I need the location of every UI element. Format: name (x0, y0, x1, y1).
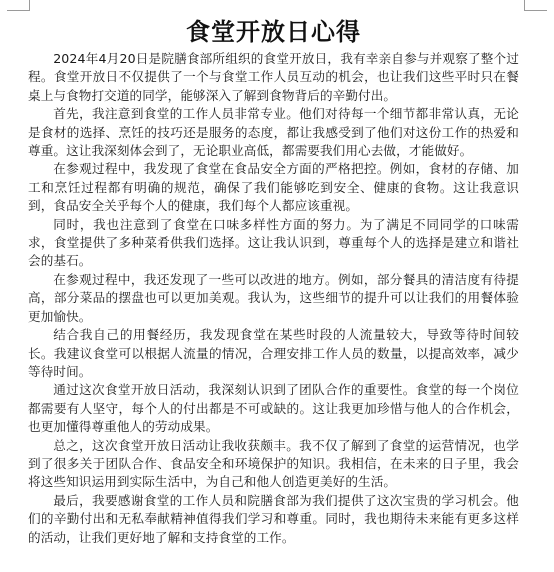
paragraph-improvements: 在参观过程中，我还发现了一些可以改进的地方。例如，部分餐具的清洁度有待提高，部分… (28, 271, 519, 326)
paragraph-intro: 2024年4月20日是院膳食部所组织的食堂开放日，我有幸亲自参与并观察了整个过程… (28, 50, 519, 105)
page-corner-mark-top-right (524, 0, 547, 11)
page-corner-mark-top-left (7, 0, 30, 11)
document-page: 食堂开放日心得 2024年4月20日是院膳食部所组织的食堂开放日，我有幸亲自参与… (28, 14, 519, 547)
paragraph-staff-professionalism: 首先，我注意到食堂的工作人员非常专业。他们对待每一个细节都非常认真，无论是食材的… (28, 105, 519, 160)
document-title: 食堂开放日心得 (28, 14, 519, 50)
paragraph-teamwork: 通过这次食堂开放日活动，我深刻认识到了团队合作的重要性。食堂的每一个岗位都需要有… (28, 381, 519, 436)
paragraph-summary: 总之，这次食堂开放日活动让我收获颇丰。我不仅了解到了食堂的运营情况，也学到了很多… (28, 437, 519, 492)
paragraph-thanks: 最后，我要感谢食堂的工作人员和院膳食部为我们提供了这次宝贵的学习机会。他们的辛勤… (28, 492, 519, 547)
paragraph-food-safety: 在参观过程中，我发现了食堂在食品安全方面的严格把控。例如，食材的存储、加工和烹饪… (28, 160, 519, 215)
paragraph-taste-variety: 同时，我也注意到了食堂在口味多样性方面的努力。为了满足不同同学的口味需求，食堂提… (28, 216, 519, 271)
paragraph-suggestion: 结合我自己的用餐经历，我发现食堂在某些时段的人流量较大，导致等待时间较长。我建议… (28, 326, 519, 381)
